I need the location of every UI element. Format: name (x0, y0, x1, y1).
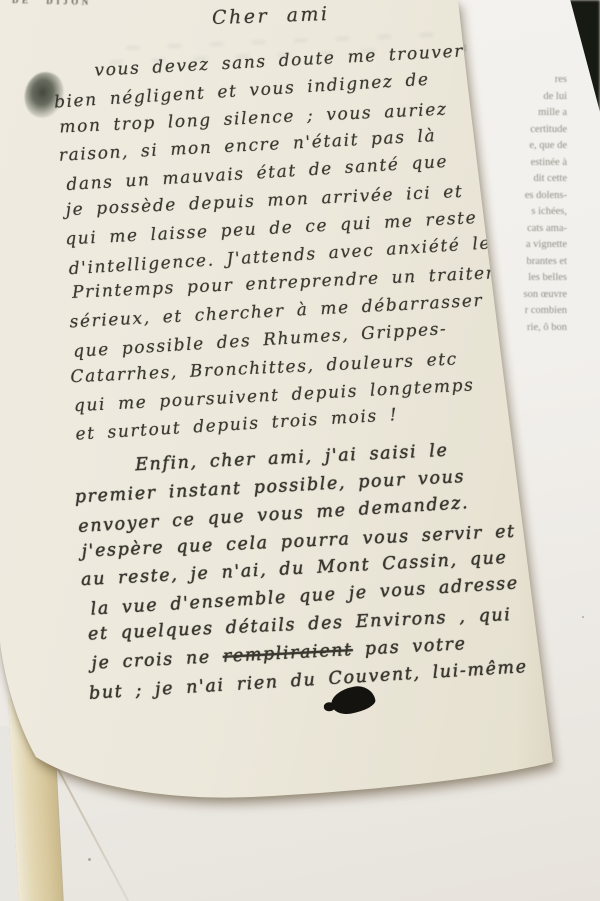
overstruck-word: rempliraient (222, 640, 353, 667)
letter-sheet: DE DIJON Cher ami vous devez sans doute … (0, 0, 600, 901)
photo-of-letter-on-book: 21 resde luimille acertitudee, que deest… (0, 0, 600, 901)
overstruck-word: autant (495, 287, 561, 310)
letter-stamp-text: DE DIJON (12, 0, 92, 7)
letter-sheet-shadow: DE DIJON Cher ami vous devez sans doute … (0, 0, 600, 901)
letter-salutation: Cher ami (212, 3, 330, 29)
